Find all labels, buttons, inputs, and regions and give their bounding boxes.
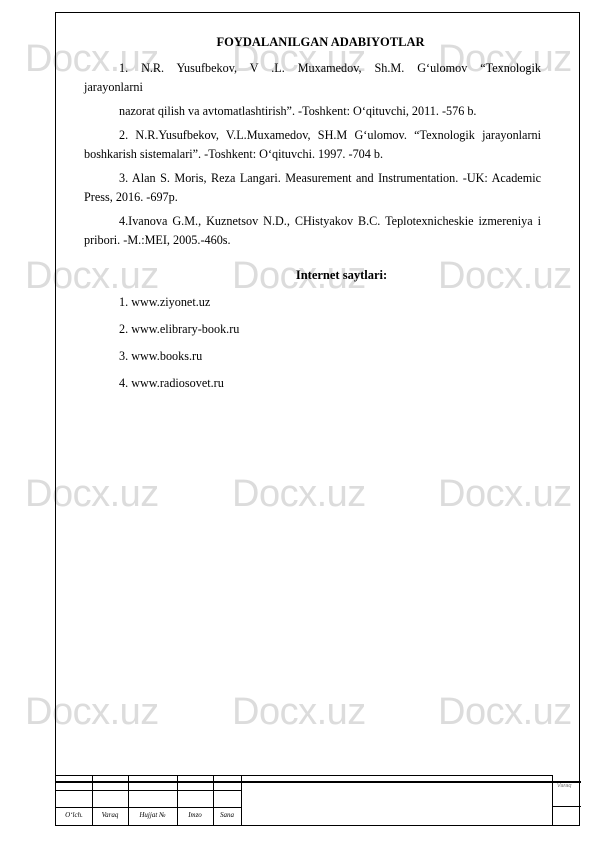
reference-4: 4.Ivanova G.M., Kuznetsov N.D., CHistyak… <box>84 212 541 250</box>
site-item[interactable]: 2. www.elibrary-book.ru <box>84 320 541 339</box>
site-item[interactable]: 1. www.ziyonet.uz <box>84 293 541 312</box>
reference-1-continuation: nazorat qilish va avtomatlashtirish”. -T… <box>84 102 541 121</box>
site-item[interactable]: 3. www.books.ru <box>84 347 541 366</box>
site-item[interactable]: 4. www.radiosovet.ru <box>84 374 541 393</box>
reference-1: 1. N.R. Yusufbekov, V .L. Muxamedov, Sh.… <box>84 59 541 78</box>
document-body: FOYDALANILGAN ADABIYOTLAR 1. N.R. Yusufb… <box>84 33 541 401</box>
reference-1-wrap: jarayonlarni <box>84 78 541 97</box>
reference-3: 3. Alan S. Moris, Reza Langari. Measurem… <box>84 169 541 207</box>
reference-2: 2. N.R.Yusufbekov, V.L.Muxamedov, SH.M G… <box>84 126 541 164</box>
page-title: FOYDALANILGAN ADABIYOTLAR <box>100 33 541 52</box>
internet-sites-heading: Internet saytlari: <box>142 266 541 285</box>
